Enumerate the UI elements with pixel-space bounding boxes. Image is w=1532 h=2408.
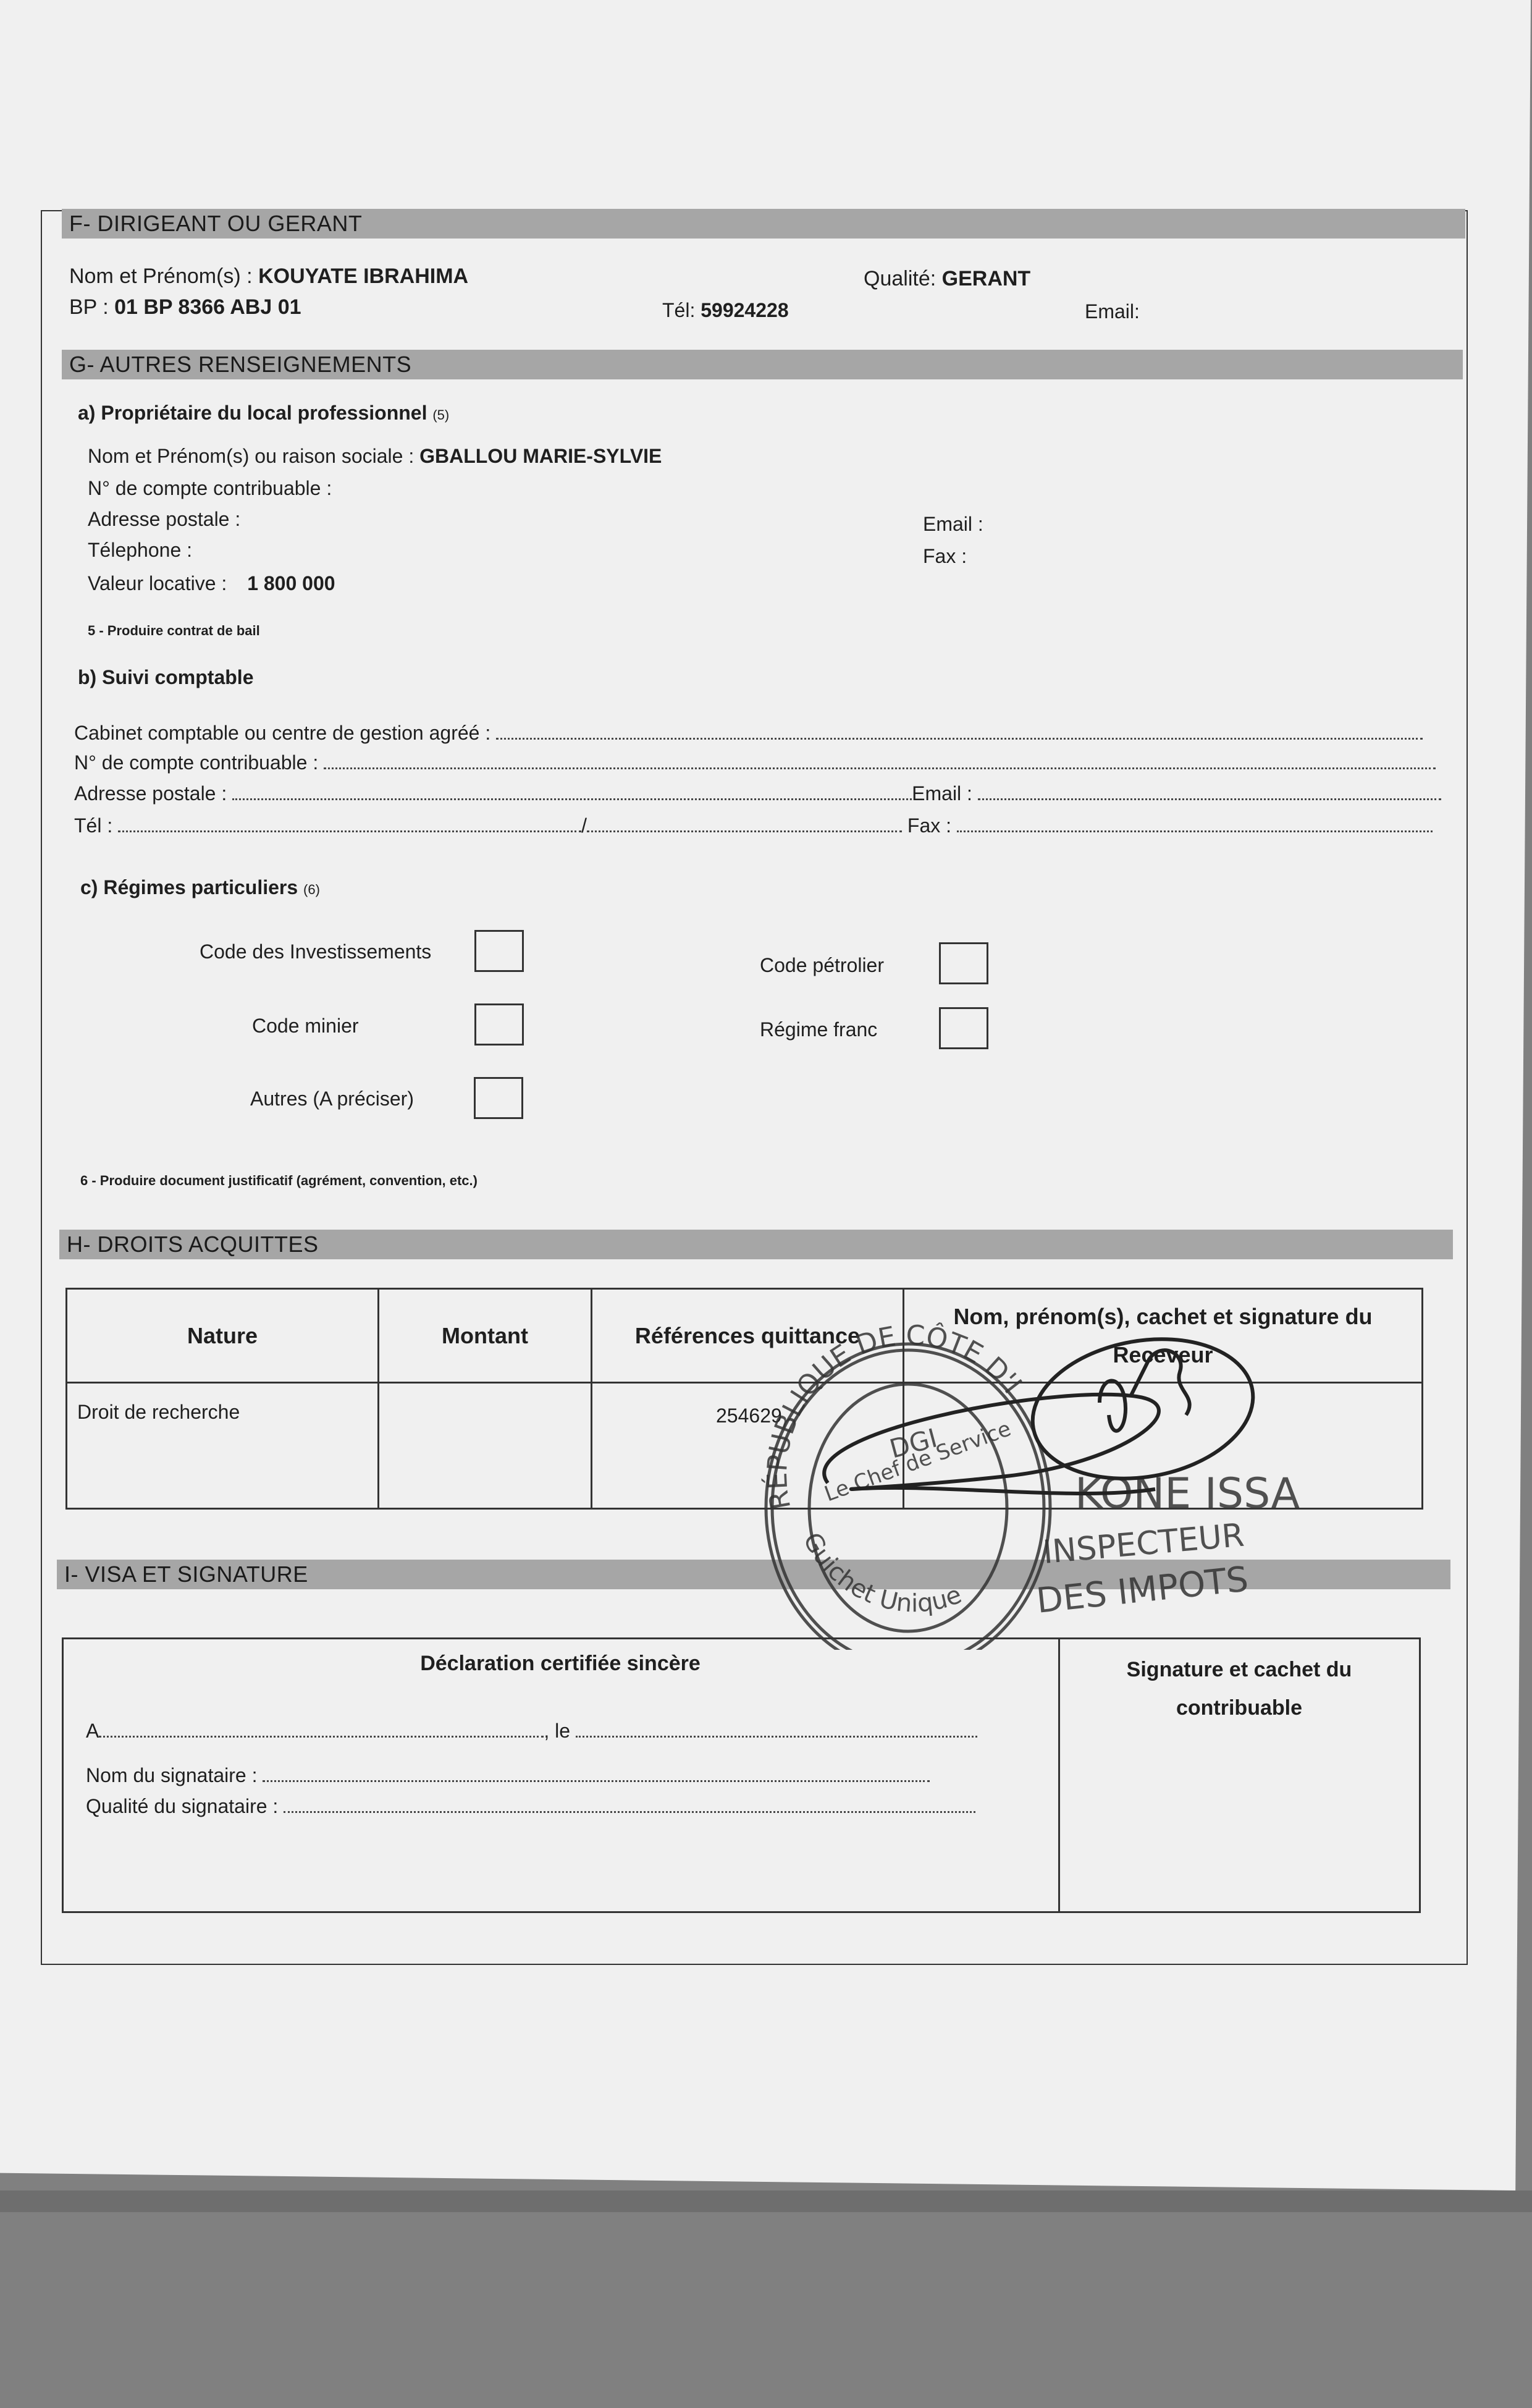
qualite-signataire-field[interactable]	[284, 1794, 975, 1813]
section-h-header: H- DROITS ACQUITTES	[59, 1230, 1453, 1259]
proprietaire-nom: Nom et Prénom(s) ou raison sociale : GBA…	[88, 445, 662, 468]
suivi-adresse-label: Adresse postale :	[74, 782, 227, 805]
suivi-tel-field[interactable]	[118, 813, 581, 832]
row-montant	[379, 1383, 592, 1509]
suivi-fax-field[interactable]	[957, 813, 1433, 832]
email-label: Email:	[1085, 300, 1140, 323]
proprietaire-adresse-label: Adresse postale :	[88, 508, 240, 531]
tel-label: Tél:	[662, 299, 695, 321]
a-label: A	[86, 1720, 99, 1742]
scanner-edge	[0, 2190, 1532, 2212]
qualite-signataire-label: Qualité du signataire :	[86, 1795, 278, 1817]
cabinet-row: Cabinet comptable ou centre de gestion a…	[74, 720, 1452, 745]
note-ref-6: (6)	[303, 882, 320, 897]
qualite-value: GERANT	[942, 267, 1031, 290]
suivi-compte-row: N° de compte contribuable :	[74, 750, 1436, 774]
proprietaire-heading-text: a) Propriétaire du local professionnel	[78, 402, 427, 424]
proprietaire-fax-label: Fax :	[923, 545, 967, 568]
suivi-email-label: Email :	[912, 782, 972, 805]
signature-cell[interactable]: Signature et cachet du contribuable	[1059, 1639, 1420, 1912]
bp-value: 01 BP 8366 ABJ 01	[114, 295, 301, 319]
row-nature: Droit de recherche	[67, 1383, 379, 1509]
proprietaire-nom-value: GBALLOU MARIE-SYLVIE	[419, 445, 662, 467]
proprietaire-heading: a) Propriétaire du local professionnel (…	[78, 402, 449, 425]
footnote-6: 6 - Produire document justificatif (agré…	[80, 1173, 478, 1189]
suivi-tel-label: Tél :	[74, 814, 112, 837]
regime-franc-checkbox[interactable]	[939, 1007, 988, 1049]
qualite-label: Qualité:	[864, 267, 936, 290]
regime-autres-checkbox[interactable]	[474, 1077, 523, 1119]
le-label: , le	[544, 1720, 570, 1742]
nom-label: Nom et Prénom(s) :	[69, 264, 253, 288]
section-f-header: F- DIRIGEANT OU GERANT	[62, 209, 1465, 239]
suivi-adresse-row: Adresse postale : Email :	[74, 781, 1441, 805]
regime-petrolier-label: Code pétrolier	[760, 954, 884, 977]
regime-minier-label: Code minier	[252, 1015, 359, 1037]
proprietaire-valeur: Valeur locative : 1 800 000	[88, 572, 335, 595]
col-montant: Montant	[379, 1289, 592, 1383]
proprietaire-nom-label: Nom et Prénom(s) ou raison sociale :	[88, 445, 414, 467]
suivi-compte-label: N° de compte contribuable :	[74, 751, 318, 774]
dirigeant-email: Email:	[1085, 300, 1140, 323]
tel-separator: /	[581, 814, 587, 837]
regime-investissements-checkbox[interactable]	[474, 930, 524, 972]
regimes-heading: c) Régimes particuliers (6)	[80, 876, 320, 899]
regime-autres-label: Autres (A préciser)	[250, 1088, 414, 1110]
nom-signataire-row: Nom du signataire :	[86, 1763, 930, 1787]
date-field[interactable]	[576, 1718, 977, 1738]
regime-franc-label: Régime franc	[760, 1018, 877, 1041]
cabinet-label: Cabinet comptable ou centre de gestion a…	[74, 722, 490, 744]
proprietaire-compte-label: N° de compte contribuable :	[88, 477, 332, 500]
footnote-5: 5 - Produire contrat de bail	[88, 623, 260, 639]
note-ref-5: (5)	[432, 407, 449, 423]
declaration-cell: Déclaration certifiée sincère A, le Nom …	[63, 1639, 1059, 1912]
suivi-adresse-field[interactable]	[232, 781, 912, 800]
droits-table: Nature Montant Références quittance Nom,…	[65, 1288, 1423, 1510]
visa-table: Déclaration certifiée sincère A, le Nom …	[62, 1637, 1421, 1913]
valeur-label: Valeur locative :	[88, 572, 227, 594]
nom-signataire-field[interactable]	[263, 1763, 930, 1782]
suivi-comptable-heading: b) Suivi comptable	[78, 666, 253, 689]
suivi-fax-label: Fax :	[907, 814, 951, 837]
section-h-title: H- DROITS ACQUITTES	[67, 1231, 319, 1257]
row-reference: 254629	[592, 1383, 904, 1509]
regimes-heading-text: c) Régimes particuliers	[80, 876, 298, 898]
signature-title: Signature et cachet du contribuable	[1097, 1650, 1381, 1727]
regime-petrolier-checkbox[interactable]	[939, 942, 988, 984]
valeur-value: 1 800 000	[247, 572, 335, 594]
lieu-date-row: A, le	[86, 1718, 977, 1743]
proprietaire-email-label: Email :	[923, 513, 983, 536]
declaration-title: Déclaration certifiée sincère	[64, 1652, 1057, 1676]
proprietaire-telephone-label: Télephone :	[88, 539, 192, 562]
cabinet-field[interactable]	[496, 720, 1423, 740]
dirigeant-tel: Tél: 59924228	[662, 299, 789, 322]
dirigeant-nom: Nom et Prénom(s) : KOUYATE IBRAHIMA	[69, 264, 468, 289]
suivi-tel-field-2[interactable]	[587, 813, 902, 832]
nom-signataire-label: Nom du signataire :	[86, 1764, 257, 1786]
suivi-compte-field[interactable]	[324, 750, 1436, 769]
tel-value: 59924228	[701, 299, 788, 321]
lieu-field[interactable]	[99, 1718, 544, 1738]
row-receveur	[904, 1383, 1423, 1509]
dirigeant-qualite: Qualité: GERANT	[864, 267, 1030, 291]
droits-table-header: Nature Montant Références quittance Nom,…	[67, 1289, 1423, 1383]
table-row: Droit de recherche 254629	[67, 1383, 1423, 1509]
suivi-tel-row: Tél : / Fax :	[74, 813, 1433, 837]
col-references: Références quittance	[592, 1289, 904, 1383]
section-g-header: G- AUTRES RENSEIGNEMENTS	[62, 350, 1463, 379]
regime-minier-checkbox[interactable]	[474, 1003, 524, 1046]
dirigeant-bp: BP : 01 BP 8366 ABJ 01	[69, 295, 301, 319]
bp-label: BP :	[69, 295, 109, 319]
col-receveur: Nom, prénom(s), cachet et signature du R…	[904, 1289, 1423, 1383]
section-i-header: I- VISA ET SIGNATURE	[57, 1560, 1450, 1589]
qualite-signataire-row: Qualité du signataire :	[86, 1794, 975, 1818]
nom-value: KOUYATE IBRAHIMA	[258, 264, 468, 288]
suivi-email-field[interactable]	[978, 781, 1441, 800]
section-i-title: I- VISA ET SIGNATURE	[64, 1561, 308, 1587]
section-g-title: G- AUTRES RENSEIGNEMENTS	[69, 352, 411, 377]
regime-investissements-label: Code des Investissements	[200, 940, 431, 963]
section-f-title: F- DIRIGEANT OU GERANT	[69, 211, 362, 236]
col-nature: Nature	[67, 1289, 379, 1383]
